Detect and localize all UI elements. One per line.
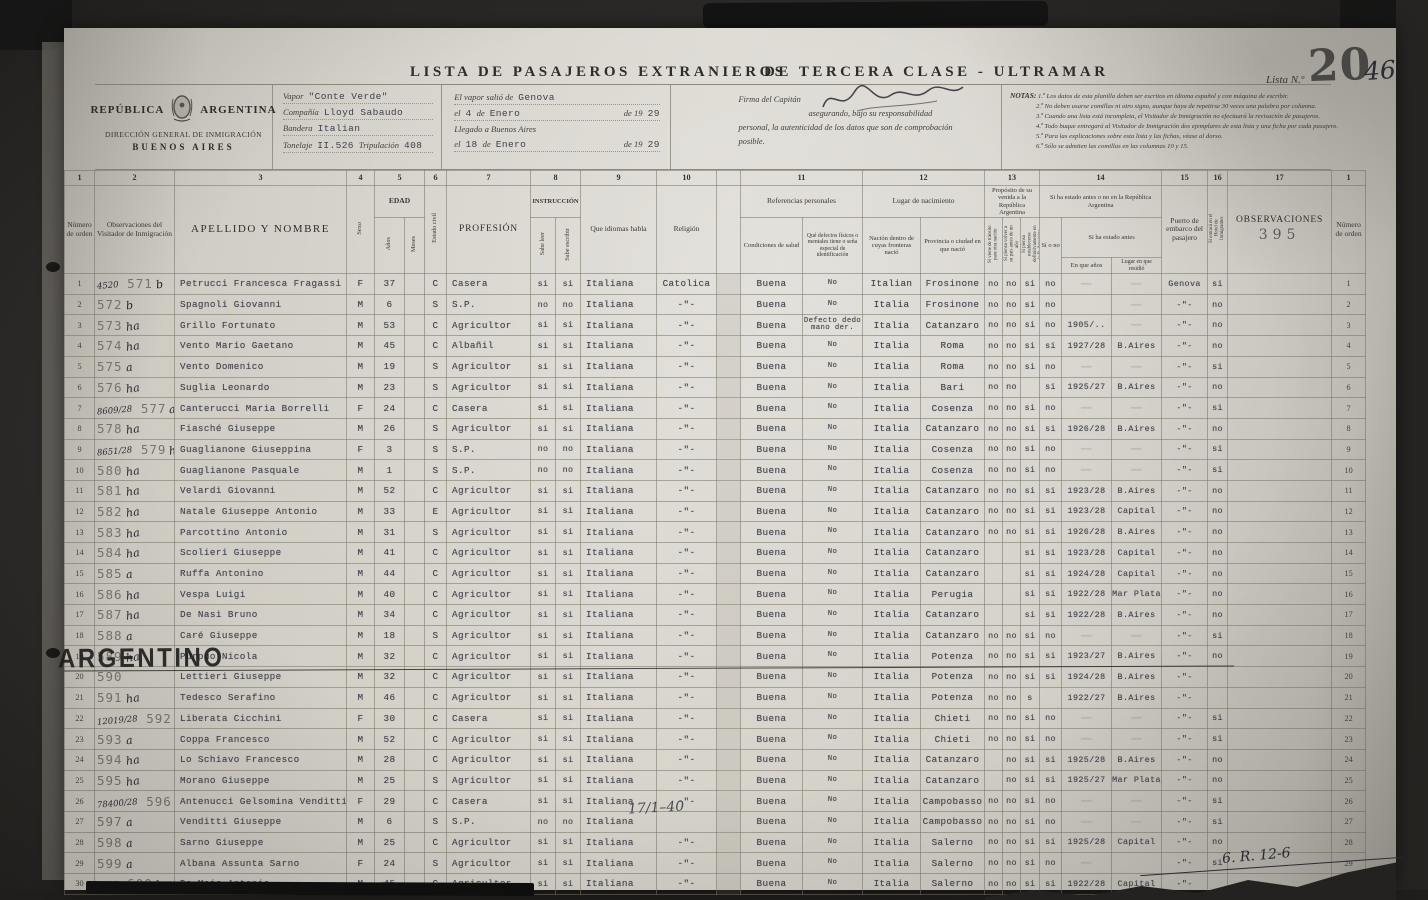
- years-before: 1923/28: [1062, 480, 1112, 501]
- settle-flag: si: [1021, 563, 1040, 584]
- language: Italiana: [581, 667, 657, 688]
- row-number: 27: [65, 811, 95, 832]
- fold-gap: [717, 646, 741, 667]
- birth-province: Cosenza: [921, 460, 985, 481]
- return-flag: no: [1003, 791, 1021, 812]
- passenger-name: Albana Assunta Sarno: [175, 853, 347, 874]
- place-resided: ——: [1112, 811, 1162, 832]
- settle-flag: si: [1021, 853, 1040, 874]
- page-title-left: LISTA DE PASAJEROS EXTRANIEROS: [410, 64, 787, 81]
- registry-number: 578: [97, 421, 123, 436]
- sex: M: [347, 770, 375, 791]
- writes: si: [556, 543, 581, 564]
- reads: si: [531, 522, 556, 543]
- years-before: 1922/28: [1062, 584, 1112, 605]
- hotel-flag: no: [1208, 543, 1228, 564]
- language: Italiana: [581, 687, 657, 708]
- passenger-name: De Nasi Bruno: [175, 605, 347, 626]
- registry-number: 574: [97, 338, 123, 353]
- religion: -"-: [657, 729, 717, 750]
- transit-flag: no: [985, 336, 1003, 357]
- row-number-right: 12: [1332, 501, 1366, 522]
- captain-block: Firma del Capitán asegurando, bajo su re…: [722, 85, 1001, 169]
- row-number: 16: [65, 584, 95, 605]
- column-number: 11: [741, 171, 863, 186]
- row-number-right: 13: [1332, 522, 1366, 543]
- table-row: 78609/28 577aCanterucci Maria BorrelliF2…: [65, 398, 1366, 419]
- health: Buena: [741, 315, 803, 336]
- visitor-observation-cell: 591ha: [95, 687, 175, 708]
- registry-number: 571: [119, 276, 153, 291]
- defects: No: [803, 274, 863, 295]
- return-flag: no: [1003, 501, 1021, 522]
- fold-gap: [717, 770, 741, 791]
- observations: [1228, 563, 1332, 584]
- profession: Casera: [447, 791, 531, 812]
- years-before: 1925/28: [1062, 749, 1112, 770]
- birth-nation: Italia: [863, 605, 921, 626]
- reads: no: [531, 439, 556, 460]
- handwritten-check-mark: ha: [169, 443, 175, 458]
- row-number-right: 11: [1332, 480, 1366, 501]
- embark-port: -"-: [1162, 480, 1208, 501]
- fold-gap: [717, 543, 741, 564]
- health: Buena: [741, 336, 803, 357]
- health: Buena: [741, 646, 803, 667]
- table-row: 24 594haLo Schiavo FrancescoM28CAgricult…: [65, 749, 1366, 770]
- reads: si: [531, 791, 556, 812]
- passenger-name: Guaglianone Giuseppina: [175, 439, 347, 460]
- return-flag: no: [1003, 439, 1021, 460]
- handwritten-check-mark: ha: [125, 484, 140, 499]
- observations: [1228, 584, 1332, 605]
- registry-number: 588: [97, 628, 123, 643]
- visitor-observation-cell: 8609/28 577a: [95, 398, 175, 419]
- row-number: 17: [65, 605, 95, 626]
- visitor-observation-cell: 595ha: [95, 770, 175, 791]
- row-number: 12: [65, 501, 95, 522]
- settle-flag: si: [1021, 708, 1040, 729]
- sex: M: [347, 315, 375, 336]
- tripulacion-label: Tripulación: [359, 140, 399, 150]
- place-resided: Capital: [1112, 501, 1162, 522]
- embark-port: Genova: [1162, 274, 1208, 295]
- visitor-observation-cell: 576ha: [95, 377, 175, 398]
- place-resided: ——: [1112, 294, 1162, 315]
- birth-nation: Italia: [863, 522, 921, 543]
- place-resided: B.Aires: [1112, 418, 1162, 439]
- embark-port: -"-: [1162, 315, 1208, 336]
- compania-label: Compañía: [283, 107, 319, 117]
- been-before: no: [1040, 625, 1062, 646]
- return-flag: no: [1003, 356, 1021, 377]
- column-number: 1: [65, 171, 95, 186]
- header-lugar-residio: Lugar en que residió: [1112, 258, 1162, 274]
- sex: F: [347, 439, 375, 460]
- profession: Agricultor: [447, 543, 531, 564]
- embark-port: -"-: [1162, 522, 1208, 543]
- table-row: 4 574haVento Mario GaetanoM45CAlbañilsis…: [65, 336, 1366, 357]
- handwritten-file-number: 8651/28: [97, 445, 133, 458]
- been-before: si: [1040, 336, 1062, 357]
- writes: si: [556, 522, 581, 543]
- age-years: 1: [375, 460, 405, 481]
- reads: si: [531, 377, 556, 398]
- header-si-o-no: Sí o no: [1040, 218, 1062, 274]
- transit-flag: no: [985, 356, 1003, 377]
- agency-argentina: ARGENTINA: [200, 104, 276, 116]
- registry-number: 585: [97, 566, 123, 581]
- civil-status: C: [425, 274, 447, 295]
- handwritten-check-mark: ha: [125, 340, 140, 355]
- years-before: 1925/28: [1062, 832, 1112, 853]
- writes: si: [556, 708, 581, 729]
- been-before: si: [1040, 563, 1062, 584]
- row-number-right: 23: [1332, 729, 1366, 750]
- defects: No: [803, 418, 863, 439]
- captain-signature: [817, 77, 967, 126]
- hotel-flag: no: [1208, 646, 1228, 667]
- religion: -"-: [657, 563, 717, 584]
- paper-edge: [42, 42, 64, 880]
- fold-gap: [717, 791, 741, 812]
- observations: [1228, 480, 1332, 501]
- handwritten-check-mark: a: [125, 568, 133, 582]
- visitor-observation-cell: 581ha: [95, 480, 175, 501]
- birth-province: Salerno: [921, 853, 985, 874]
- fold-gap: [717, 729, 741, 750]
- header-sexo: Sexo: [347, 186, 375, 274]
- settle-flag: si: [1021, 522, 1040, 543]
- observations: [1228, 315, 1332, 336]
- profession: Casera: [447, 274, 531, 295]
- table-row: 23 593aCoppa FrancescoM52CAgricultorsisi…: [65, 729, 1366, 750]
- civil-status: S: [425, 377, 447, 398]
- transit-flag: no: [985, 667, 1003, 688]
- civil-status: S: [425, 356, 447, 377]
- return-flag: no: [1003, 729, 1021, 750]
- been-before: no: [1040, 791, 1062, 812]
- row-number: 25: [65, 770, 95, 791]
- reads: no: [531, 811, 556, 832]
- passenger-name: Venditti Giuseppe: [175, 811, 347, 832]
- civil-status: E: [425, 501, 447, 522]
- row-number: 9: [65, 439, 95, 460]
- language: Italiana: [581, 480, 657, 501]
- reads: si: [531, 646, 556, 667]
- observations: [1228, 811, 1332, 832]
- passenger-name: Fiasché Giuseppe: [175, 418, 347, 439]
- visitor-observation-cell: 8651/28 579ha: [95, 439, 175, 460]
- column-number: 4: [347, 171, 375, 186]
- profession: Agricultor: [447, 646, 531, 667]
- been-before: no: [1040, 315, 1062, 336]
- birth-province: Frosinone: [921, 294, 985, 315]
- llegada-month: Enero: [496, 139, 527, 150]
- reads: si: [531, 274, 556, 295]
- registry-number: 596: [138, 794, 172, 809]
- settle-flag: si: [1021, 274, 1040, 295]
- writes: si: [556, 625, 581, 646]
- return-flag: no: [1003, 377, 1021, 398]
- transit-flag: no: [985, 274, 1003, 295]
- writes: si: [556, 418, 581, 439]
- passenger-table: 12345678910111213141516171Número de orde…: [64, 170, 1366, 895]
- reads: si: [531, 480, 556, 501]
- return-flag: [1003, 584, 1021, 605]
- civil-status: C: [425, 791, 447, 812]
- visitor-observation-cell: 598a: [95, 832, 175, 853]
- birth-nation: Italia: [863, 543, 921, 564]
- visitor-observation-cell: 572b: [95, 294, 175, 315]
- return-flag: no: [1003, 336, 1021, 357]
- age-months: [405, 439, 425, 460]
- defects: No: [803, 874, 863, 895]
- been-before: si: [1040, 501, 1062, 522]
- embark-port: -"-: [1162, 791, 1208, 812]
- fold-gap: [717, 398, 741, 419]
- fold-gap: [717, 336, 741, 357]
- table-row: 14520 571bPetrucci Francesca FragassiF37…: [65, 274, 1366, 295]
- table-row: 18 588aCaré GiuseppeM18SAgricultorsisiIt…: [65, 625, 1366, 646]
- been-before: si: [1040, 605, 1062, 626]
- row-number-right: 24: [1332, 749, 1366, 770]
- language: Italiana: [581, 853, 657, 874]
- sex: M: [347, 377, 375, 398]
- handwritten-check-mark: ha: [125, 588, 140, 603]
- health: Buena: [741, 667, 803, 688]
- fold-gap: [717, 418, 741, 439]
- row-number: 29: [65, 853, 95, 874]
- header-sabe-leer: Sabe leer: [531, 218, 556, 274]
- defects: No: [803, 522, 863, 543]
- language: Italiana: [581, 605, 657, 626]
- years-before: 1923/28: [1062, 501, 1112, 522]
- fold-gap: [717, 874, 741, 895]
- profession: Agricultor: [447, 480, 531, 501]
- years-before: 1922/28: [1062, 605, 1112, 626]
- place-resided: ——: [1112, 439, 1162, 460]
- fold-gap: [717, 294, 741, 315]
- return-flag: no: [1003, 274, 1021, 295]
- row-number-right: 19: [1332, 646, 1366, 667]
- settle-flag: si: [1021, 315, 1040, 336]
- return-flag: no: [1003, 874, 1021, 895]
- return-flag: [1003, 563, 1021, 584]
- column-number: 13: [985, 171, 1040, 186]
- row-number-right: 6: [1332, 377, 1366, 398]
- registry-number: 595: [97, 773, 123, 788]
- defects: No: [803, 584, 863, 605]
- table-row: 5 575aVento DomenicoM19SAgricultorsisiIt…: [65, 356, 1366, 377]
- handwritten-check-mark: ha: [125, 774, 140, 789]
- header-gap: [717, 186, 741, 274]
- row-number: 5: [65, 356, 95, 377]
- embark-port: -"-: [1162, 625, 1208, 646]
- transit-flag: [985, 563, 1003, 584]
- table-row: 29 599aAlbana Assunta SarnoF24SAgriculto…: [65, 853, 1366, 874]
- hotel-flag: si: [1208, 811, 1228, 832]
- birth-nation: Italia: [863, 398, 921, 419]
- visitor-observation-cell: 587ha: [95, 605, 175, 626]
- been-before: no: [1040, 294, 1062, 315]
- place-resided: B.Aires: [1112, 336, 1162, 357]
- language: Italiana: [581, 439, 657, 460]
- voyage-block: El vapor salió de Genova el 4 de Enero d…: [442, 85, 671, 169]
- passenger-name: Vento Mario Gaetano: [175, 336, 347, 357]
- transit-flag: no: [985, 480, 1003, 501]
- de-label: de: [477, 108, 485, 118]
- nota-item: 3.ª Cuando una lista está incompleta, el…: [1010, 112, 1327, 122]
- handwritten-check-mark: a: [125, 733, 133, 747]
- language: Italiana: [581, 749, 657, 770]
- registry-number: 583: [97, 525, 123, 540]
- sex: M: [347, 356, 375, 377]
- been-before: si: [1040, 749, 1062, 770]
- sex: M: [347, 294, 375, 315]
- embark-port: -"-: [1162, 439, 1208, 460]
- writes: si: [556, 874, 581, 895]
- bandera-label: Bandera: [283, 123, 313, 133]
- civil-status: C: [425, 398, 447, 419]
- return-flag: no: [1003, 749, 1021, 770]
- language: Italiana: [581, 377, 657, 398]
- row-number: 26: [65, 791, 95, 812]
- writes: no: [556, 439, 581, 460]
- health: Buena: [741, 832, 803, 853]
- bandera-value: Italian: [318, 123, 361, 134]
- reads: si: [531, 874, 556, 895]
- observations: [1228, 625, 1332, 646]
- age-months: [405, 543, 425, 564]
- been-before: no: [1040, 398, 1062, 419]
- been-before: no: [1040, 460, 1062, 481]
- profession: Agricultor: [447, 605, 531, 626]
- passenger-name: Suglia Leonardo: [175, 377, 347, 398]
- profession: Agricultor: [447, 687, 531, 708]
- years-before: 1926/28: [1062, 418, 1112, 439]
- embark-port: -"-: [1162, 811, 1208, 832]
- sex: M: [347, 480, 375, 501]
- birth-nation: Italia: [863, 832, 921, 853]
- return-flag: [1003, 543, 1021, 564]
- defects: No: [803, 770, 863, 791]
- been-before: si: [1040, 584, 1062, 605]
- hotel-flag: si: [1208, 625, 1228, 646]
- writes: si: [556, 356, 581, 377]
- years-before: 1922/28: [1062, 874, 1112, 895]
- table-row: 17 587haDe Nasi BrunoM34CAgricultorsisiI…: [65, 605, 1366, 626]
- handwritten-check-mark: b: [155, 278, 164, 292]
- header-edad: EDAD: [375, 186, 425, 218]
- bottom-black-bar: [86, 881, 534, 896]
- hotel-flag: si: [1208, 708, 1228, 729]
- been-before: si: [1040, 770, 1062, 791]
- header-observaciones: OBSERVACIONES395: [1228, 186, 1332, 274]
- fold-gap: [717, 522, 741, 543]
- header-defectos: Qué defectos físicos o mentales tiene o …: [803, 218, 863, 274]
- header-num-orden: Número de orden: [65, 186, 95, 274]
- language: Italiana: [581, 418, 657, 439]
- profession: S.P.: [447, 460, 531, 481]
- years-before: 1924/28: [1062, 563, 1112, 584]
- hotel-flag: no: [1208, 480, 1228, 501]
- writes: si: [556, 398, 581, 419]
- embark-port: -"-: [1162, 770, 1208, 791]
- fold-gap: [717, 356, 741, 377]
- reads: si: [531, 584, 556, 605]
- column-number: 8: [531, 171, 581, 186]
- age-months: [405, 274, 425, 295]
- visitor-observation-cell: 578ha: [95, 418, 175, 439]
- civil-status: S: [425, 770, 447, 791]
- return-flag: no: [1003, 687, 1021, 708]
- years-before: ——: [1062, 791, 1112, 812]
- embark-port: -"-: [1162, 501, 1208, 522]
- transit-flag: [985, 605, 1003, 626]
- birth-nation: Italia: [863, 749, 921, 770]
- observations: [1228, 336, 1332, 357]
- place-resided: ——: [1112, 625, 1162, 646]
- been-before: no: [1040, 356, 1062, 377]
- birth-province: Potenza: [921, 646, 985, 667]
- religion: -"-: [657, 294, 717, 315]
- years-before: ——: [1062, 460, 1112, 481]
- health: Buena: [741, 501, 803, 522]
- registry-number: 573: [97, 318, 123, 333]
- birth-province: Chieti: [921, 708, 985, 729]
- scan-dark-band: [703, 1, 1048, 28]
- hotel-flag: no: [1208, 584, 1228, 605]
- years-before: 1924/28: [1062, 667, 1112, 688]
- age-years: 28: [375, 749, 405, 770]
- profession: S.P.: [447, 294, 531, 315]
- hotel-flag: si: [1208, 356, 1228, 377]
- birth-nation: Italia: [863, 874, 921, 895]
- years-before: 1905/..: [1062, 315, 1112, 336]
- row-number-right: 20: [1332, 667, 1366, 688]
- health: Buena: [741, 729, 803, 750]
- tonelaje-value: II.526: [317, 140, 354, 151]
- observations: [1228, 749, 1332, 770]
- transit-flag: no: [985, 501, 1003, 522]
- row-number-right: 14: [1332, 543, 1366, 564]
- years-before: ——: [1062, 274, 1112, 295]
- been-before: si: [1040, 522, 1062, 543]
- visitor-observation-cell: 593a: [95, 729, 175, 750]
- place-resided: ——: [1112, 708, 1162, 729]
- place-resided: ——: [1112, 315, 1162, 336]
- row-number-right: 27: [1332, 811, 1366, 832]
- registry-number: 593: [97, 732, 123, 747]
- row-number-right: 18: [1332, 625, 1366, 646]
- embark-port: -"-: [1162, 356, 1208, 377]
- compania-value: Lloyd Sabaudo: [324, 107, 403, 118]
- passenger-name: Liberata Cicchini: [175, 708, 347, 729]
- header-lugar-nacimiento: Lugar de nacimiento: [863, 186, 985, 218]
- language: Italiana: [581, 315, 657, 336]
- visitor-observation-cell: 583ha: [95, 522, 175, 543]
- reads: si: [531, 687, 556, 708]
- religion: -"-: [657, 315, 717, 336]
- registry-number: 576: [97, 380, 123, 395]
- settle-flag: s: [1021, 687, 1040, 708]
- visitor-observation-cell: 586ha: [95, 584, 175, 605]
- fold-gap: [717, 667, 741, 688]
- been-before: si: [1040, 646, 1062, 667]
- profession: Agricultor: [447, 853, 531, 874]
- language: Italiana: [581, 274, 657, 295]
